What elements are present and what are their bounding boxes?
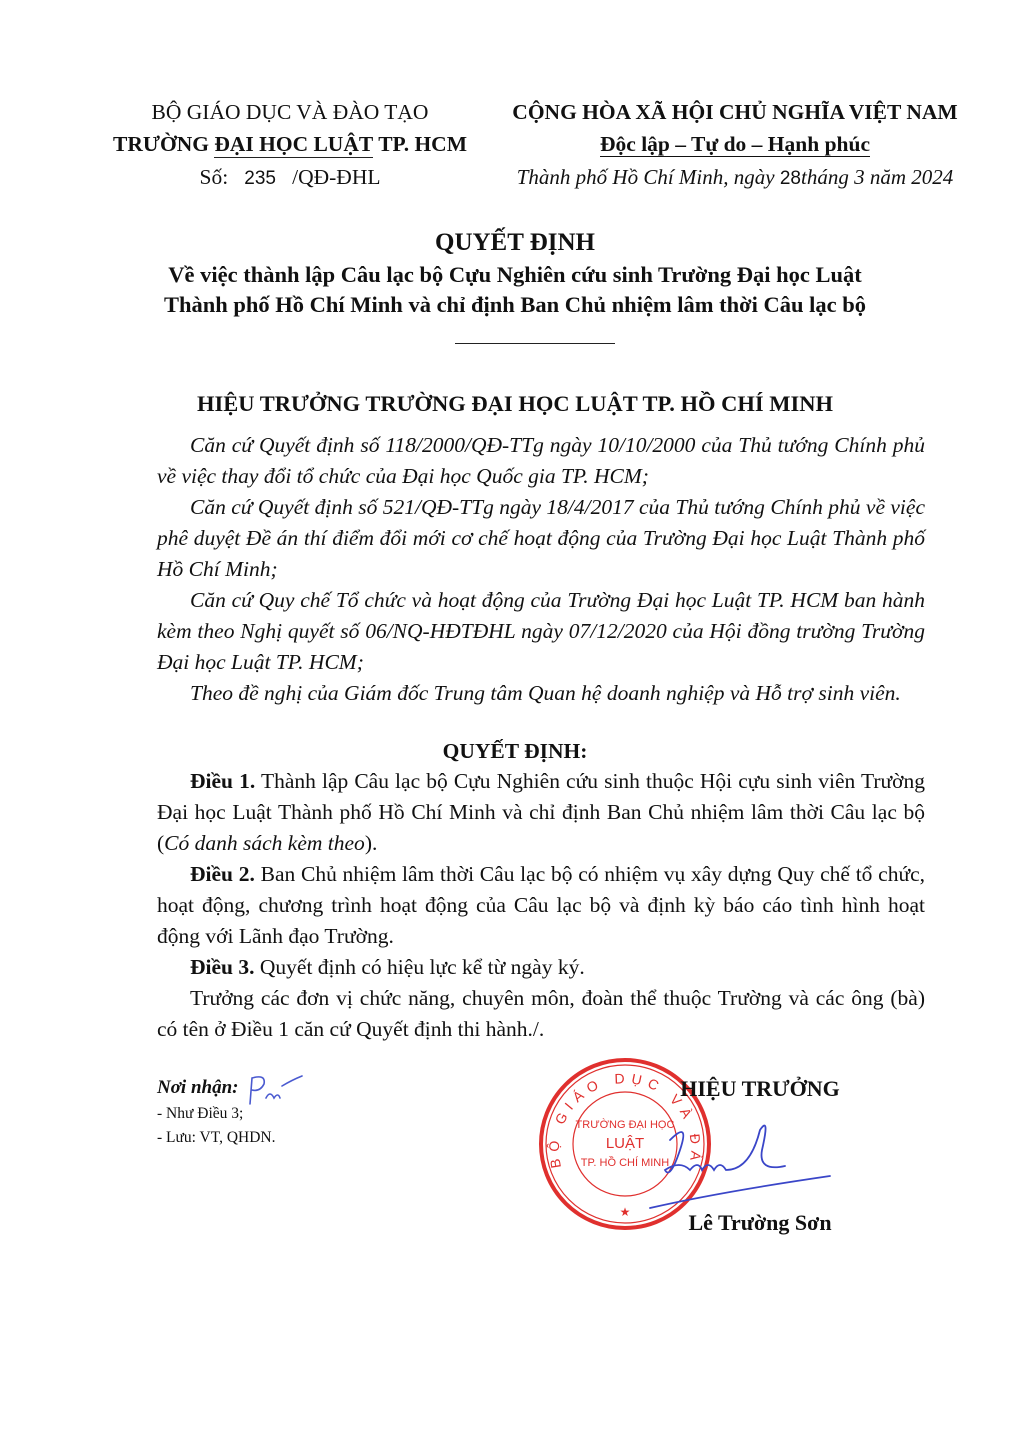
national-motto: Độc lập – Tự do – Hạnh phúc [490, 128, 980, 160]
articles: Điều 1. Thành lập Câu lạc bộ Cựu Nghiên … [157, 766, 925, 1045]
issuer-header: BỘ GIÁO DỤC VÀ ĐÀO TẠO TRƯỜNG ĐẠI HỌC LU… [90, 96, 490, 196]
article-1: Điều 1. Thành lập Câu lạc bộ Cựu Nghiên … [157, 766, 925, 859]
svg-text:LUẬT: LUẬT [606, 1135, 644, 1152]
svg-text:★: ★ [620, 1205, 631, 1219]
recipient-item: - Như Điều 3; [157, 1102, 457, 1126]
nation-name: CỘNG HÒA XÃ HỘI CHỦ NGHĨA VIỆT NAM [490, 96, 980, 128]
title-divider [455, 343, 615, 344]
recipients: Nơi nhận: - Như Điều 3; - Lưu: VT, QHDN. [157, 1074, 457, 1150]
ministry-name: BỘ GIÁO DỤC VÀ ĐÀO TẠO [90, 96, 490, 128]
issue-date: Thành phố Hồ Chí Minh, ngày 28tháng 3 nă… [490, 160, 980, 196]
school-name: TRƯỜNG ĐẠI HỌC LUẬT TP. HCM [90, 128, 490, 160]
legal-basis: Căn cứ Quyết định số 521/QĐ-TTg ngày 18/… [157, 492, 925, 585]
document-number-value: 235 [244, 168, 276, 189]
legal-basis: Theo đề nghị của Giám đốc Trung tâm Quan… [157, 678, 925, 709]
signer-title: HIỆU TRƯỞNG [640, 1076, 880, 1102]
closing-clause: Trưởng các đơn vị chức năng, chuyên môn,… [157, 983, 925, 1045]
recipient-item: - Lưu: VT, QHDN. [157, 1126, 457, 1150]
article-2: Điều 2. Ban Chủ nhiệm lâm thời Câu lạc b… [157, 859, 925, 952]
preamble: Căn cứ Quyết định số 118/2000/QĐ-TTg ngà… [157, 430, 925, 709]
national-header: CỘNG HÒA XÃ HỘI CHỦ NGHĨA VIỆT NAM Độc l… [490, 96, 980, 196]
title-subject-line-2: Thành phố Hồ Chí Minh và chỉ định Ban Ch… [100, 290, 930, 320]
handwritten-signature-icon [640, 1110, 840, 1220]
issuing-authority: HIỆU TRƯỞNG TRƯỜNG ĐẠI HỌC LUẬT TP. HỒ C… [100, 388, 930, 420]
article-3: Điều 3. Quyết định có hiệu lực kể từ ngà… [157, 952, 925, 983]
decision-heading: QUYẾT ĐỊNH: [100, 736, 930, 766]
title-heading: QUYẾT ĐỊNH [100, 226, 930, 260]
signer-name: Lê Trường Sơn [640, 1210, 880, 1236]
legal-basis: Căn cứ Quyết định số 118/2000/QĐ-TTg ngà… [157, 430, 925, 492]
handwritten-initials-icon [244, 1072, 304, 1108]
title-subject-line-1: Về việc thành lập Câu lạc bộ Cựu Nghiên … [100, 260, 930, 290]
recipients-heading: Nơi nhận: [157, 1074, 457, 1102]
document-title: QUYẾT ĐỊNH Về việc thành lập Câu lạc bộ … [100, 226, 930, 320]
issue-day: 28 [780, 168, 801, 189]
document-number: Số: 235 /QĐ-ĐHL [90, 160, 490, 196]
legal-basis: Căn cứ Quy chế Tổ chức và hoạt động của … [157, 585, 925, 678]
